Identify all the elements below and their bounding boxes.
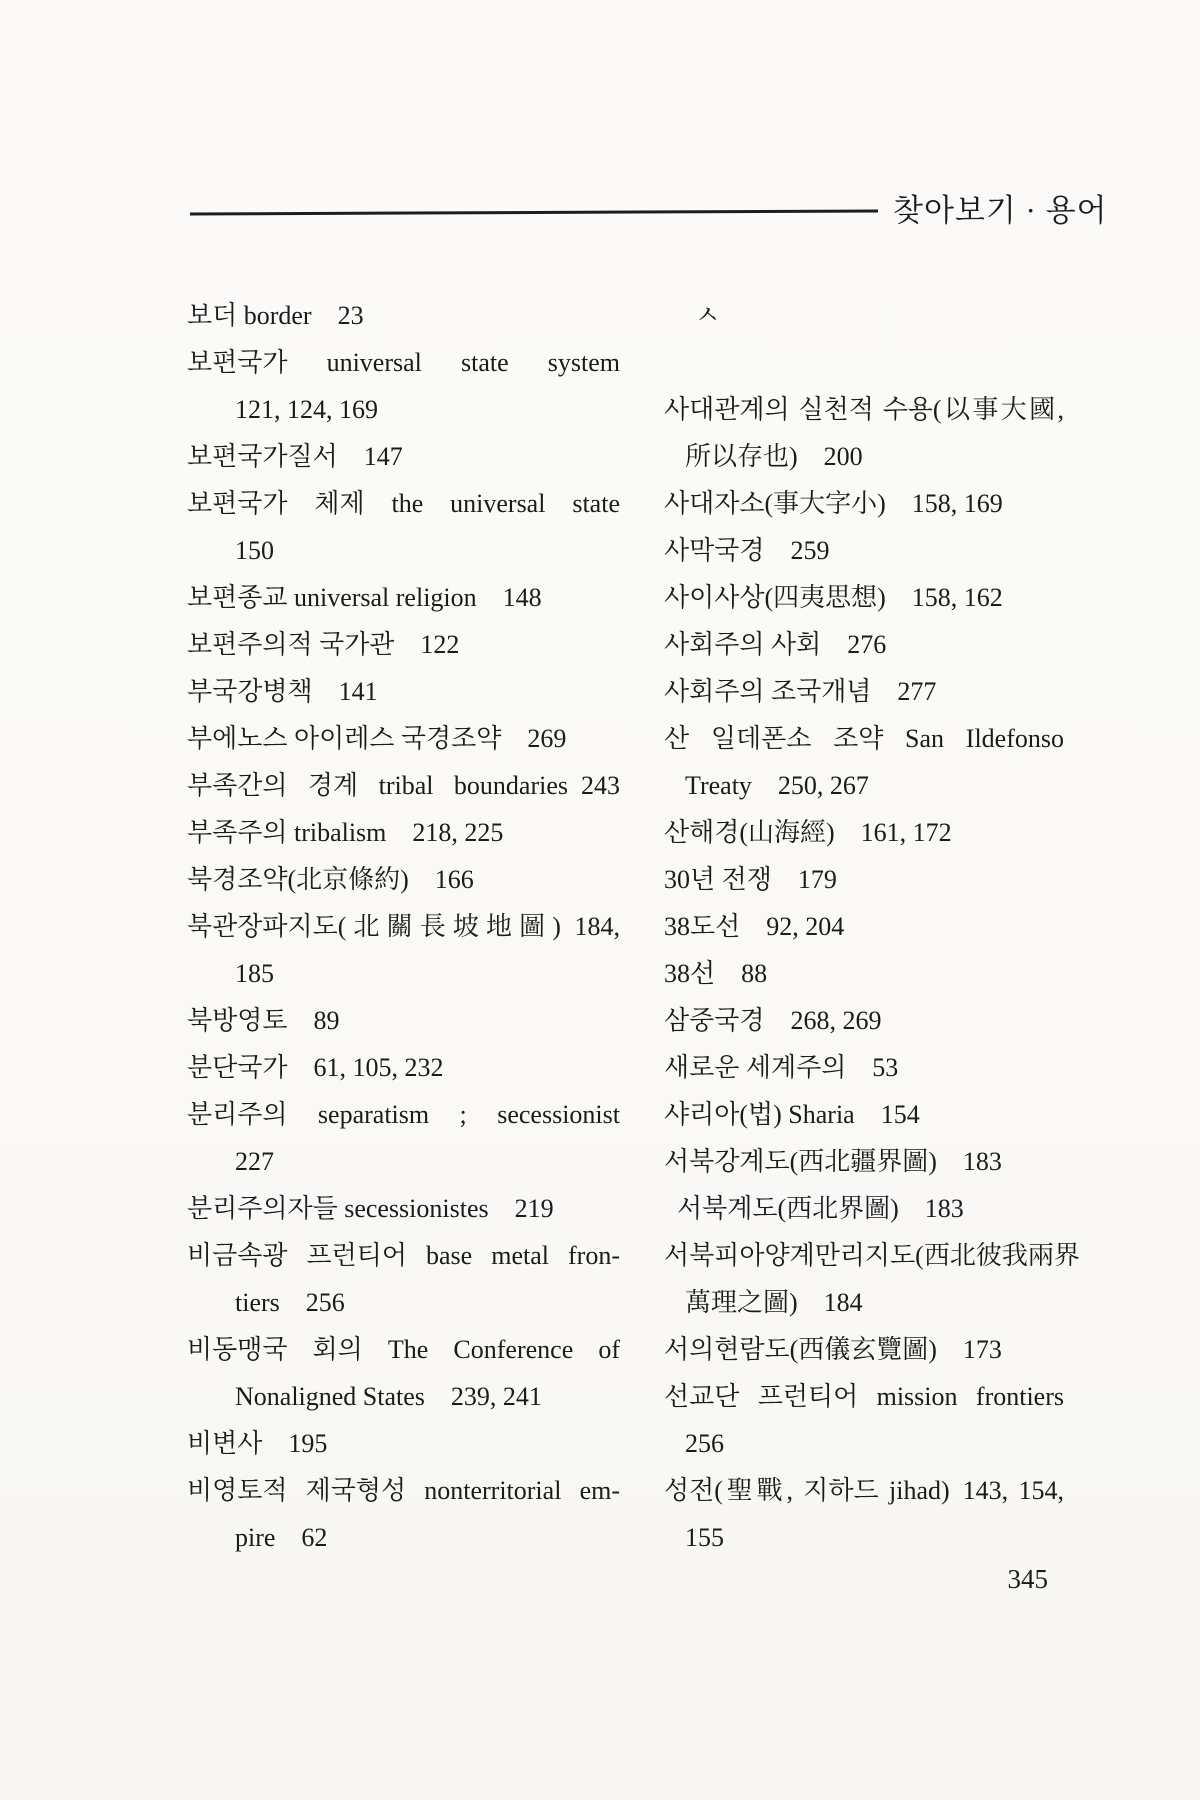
index-line: 사대자소(事大字小) 158, 169 <box>664 480 1064 527</box>
index-line: 256 <box>664 1420 1064 1467</box>
index-blank-line <box>664 339 1064 386</box>
index-line: 155 <box>664 1514 1064 1561</box>
index-line: 비변사 195 <box>187 1420 620 1467</box>
index-line: 보편주의적 국가관 122 <box>187 621 620 668</box>
index-line: 북방영토 89 <box>187 997 620 1044</box>
index-line: 부에노스 아이레스 국경조약 269 <box>187 715 620 762</box>
index-line: 비영토적 제국형성 nonterritorial em- <box>187 1467 620 1514</box>
index-line: 121, 124, 169 <box>187 386 620 433</box>
index-line: 부족간의 경계 tribal boundaries 243 <box>187 762 620 809</box>
index-line: 38선 88 <box>664 950 1064 997</box>
index-line: 서북계도(西北界圖) 183 <box>664 1185 1064 1232</box>
index-line: 북관장파지도(北關長坡地圖) 184, <box>187 903 620 950</box>
index-line: 보편국가 체제 the universal state <box>187 480 620 527</box>
index-line: 비금속광 프런티어 base metal fron- <box>187 1232 620 1279</box>
index-line: Treaty 250, 267 <box>664 762 1064 809</box>
index-content: 보더 border 23보편국가 universal state system1… <box>187 292 1064 1561</box>
index-line: Nonaligned States 239, 241 <box>187 1373 620 1420</box>
index-line: 서북강계도(西北疆界圖) 183 <box>664 1138 1064 1185</box>
index-line: 산해경(山海經) 161, 172 <box>664 809 1064 856</box>
index-line: 萬理之圖) 184 <box>664 1279 1064 1326</box>
index-line: 보편종교 universal religion 148 <box>187 574 620 621</box>
index-line: pire 62 <box>187 1514 620 1561</box>
index-line: 서북피아양계만리지도(西北彼我兩界 <box>664 1232 1064 1279</box>
index-line: 185 <box>187 950 620 997</box>
index-line: 보편국가 universal state system <box>187 339 620 386</box>
index-line: 새로운 세계주의 53 <box>664 1044 1064 1091</box>
index-line: 사대관계의 실천적 수용(以事大國, <box>664 386 1064 433</box>
index-line: 삼중국경 268, 269 <box>664 997 1064 1044</box>
index-column-right: ㅅ사대관계의 실천적 수용(以事大國,所以存也) 200사대자소(事大字小) 1… <box>664 292 1064 1561</box>
header-rule <box>190 209 878 215</box>
index-line: 비동맹국 회의 The Conference of <box>187 1326 620 1373</box>
index-line: 분단국가 61, 105, 232 <box>187 1044 620 1091</box>
index-line: 성전(聖戰, 지하드 jihad) 143, 154, <box>664 1467 1064 1514</box>
index-line: 所以存也) 200 <box>664 433 1064 480</box>
index-line: 보더 border 23 <box>187 292 620 339</box>
scanned-book-page: 찾아보기 · 용어 보더 border 23보편국가 universal sta… <box>0 0 1200 1800</box>
index-line: 북경조약(北京條約) 166 <box>187 856 620 903</box>
index-line: 분리주의자들 secessionistes 219 <box>187 1185 620 1232</box>
index-line: 227 <box>187 1138 620 1185</box>
index-section-header: ㅅ <box>664 292 1064 339</box>
index-line: 보편국가질서 147 <box>187 433 620 480</box>
index-line: 부족주의 tribalism 218, 225 <box>187 809 620 856</box>
index-line: 사이사상(四夷思想) 158, 162 <box>664 574 1064 621</box>
page-number: 345 <box>958 1562 1048 1596</box>
index-line: 부국강병책 141 <box>187 668 620 715</box>
index-line: 분리주의 separatism ; secessionist <box>187 1091 620 1138</box>
index-line: tiers 256 <box>187 1279 620 1326</box>
index-line: 38도선 92, 204 <box>664 903 1064 950</box>
index-line: 선교단 프런티어 mission frontiers <box>664 1373 1064 1420</box>
index-line: 사회주의 조국개념 277 <box>664 668 1064 715</box>
index-column-left: 보더 border 23보편국가 universal state system1… <box>187 292 620 1561</box>
index-line: 샤리아(법) Sharia 154 <box>664 1091 1064 1138</box>
index-line: 사회주의 사회 276 <box>664 621 1064 668</box>
index-line: 30년 전쟁 179 <box>664 856 1064 903</box>
index-line: 150 <box>187 527 620 574</box>
page-header-title: 찾아보기 · 용어 <box>893 193 1108 229</box>
index-line: 서의현람도(西儀玄覽圖) 173 <box>664 1326 1064 1373</box>
index-line: 산 일데폰소 조약 San Ildefonso <box>664 715 1064 762</box>
index-line: 사막국경 259 <box>664 527 1064 574</box>
